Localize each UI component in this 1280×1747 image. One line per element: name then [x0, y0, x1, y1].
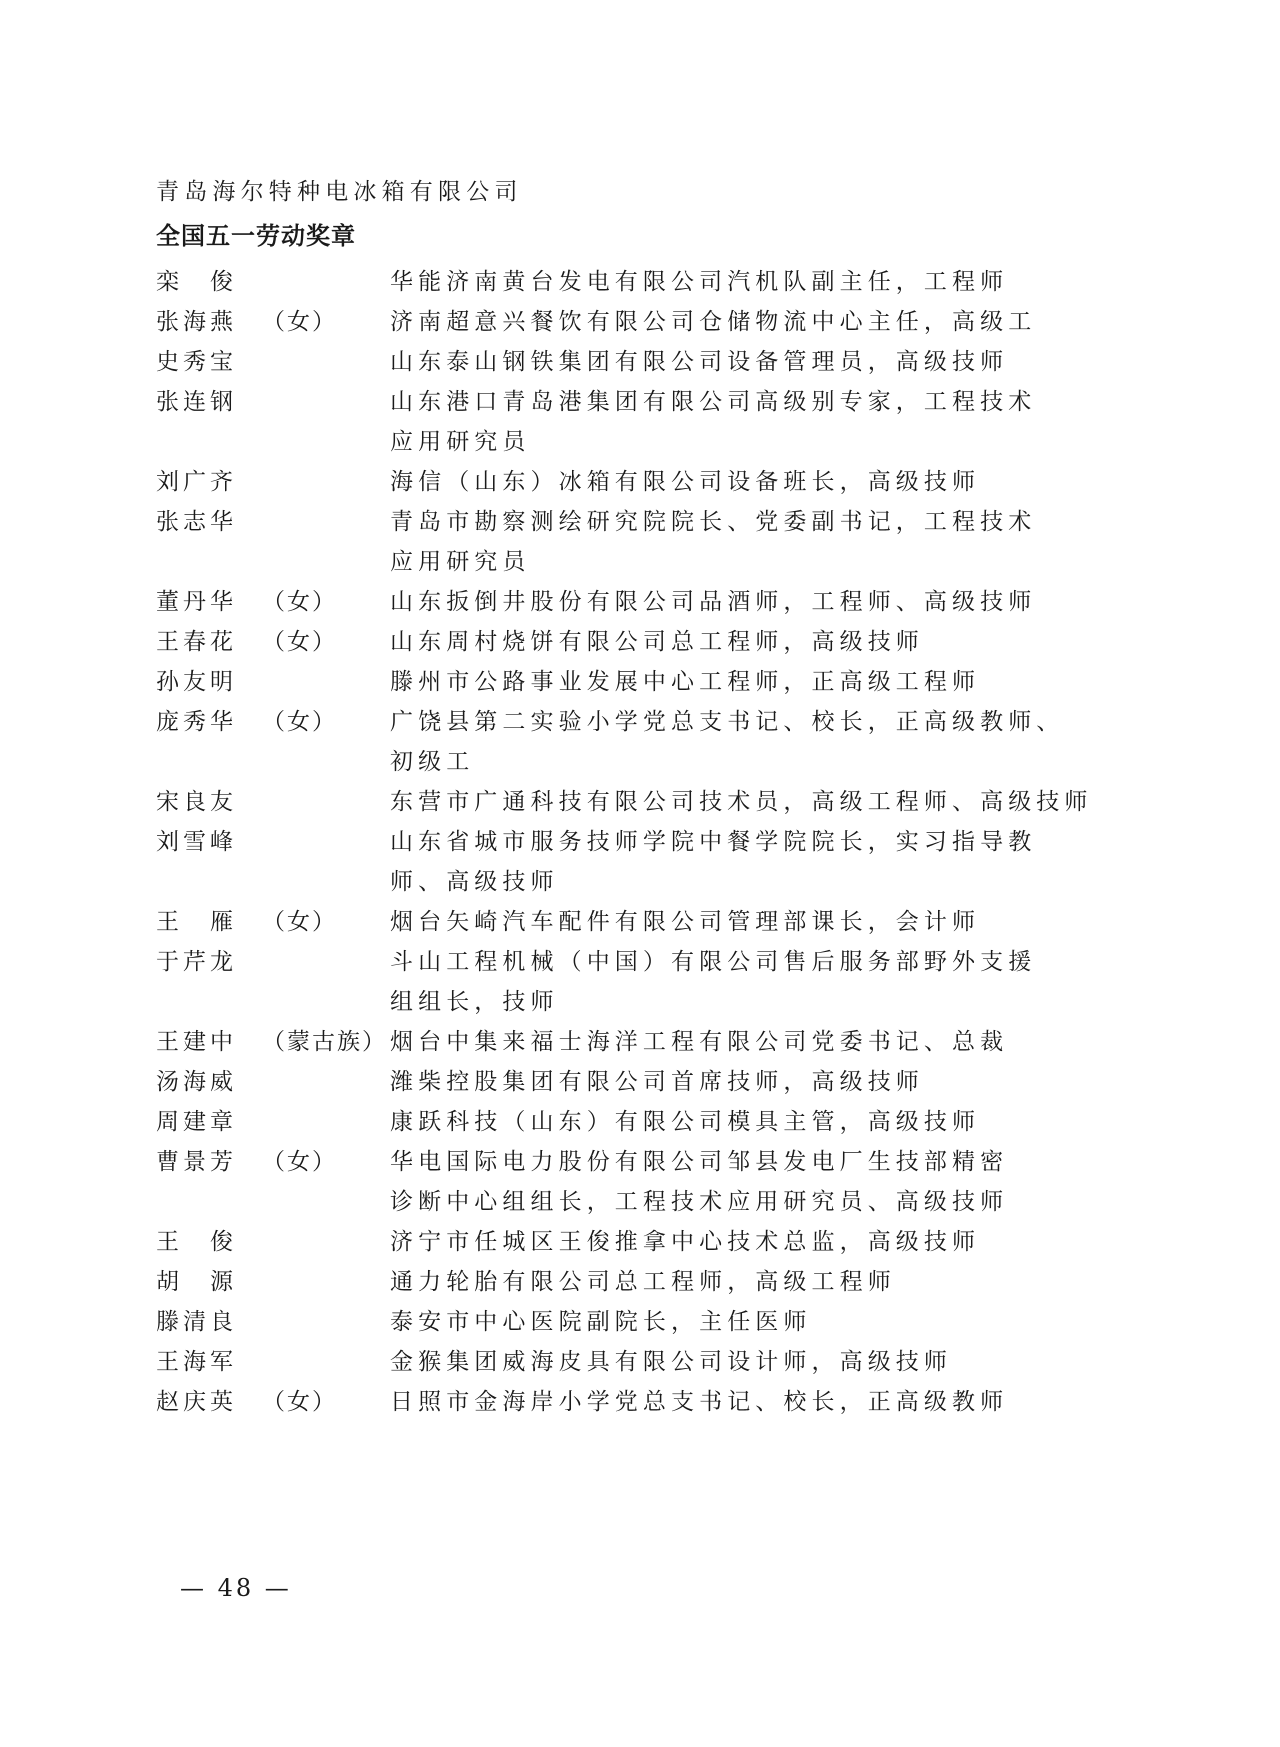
- description-line: 组组长，技师: [390, 982, 1002, 1022]
- honoree-name: 曹景芳: [156, 1142, 262, 1182]
- list-item: 宋良友东营市广通科技有限公司技术员，高级工程师、高级技师: [156, 782, 1116, 822]
- honoree-description: 东营市广通科技有限公司技术员，高级工程师、高级技师: [390, 782, 1002, 822]
- honoree-annotation: （女）: [262, 702, 390, 742]
- description-line: 济南超意兴餐饮有限公司仓储物流中心主任，高级工: [390, 302, 1002, 342]
- honoree-description: 通力轮胎有限公司总工程师，高级工程师: [390, 1262, 1002, 1302]
- description-line: 应用研究员: [390, 422, 1002, 462]
- list-item: 赵庆英（女）日照市金海岸小学党总支书记、校长，正高级教师: [156, 1382, 1116, 1422]
- honoree-name: 刘雪峰: [156, 822, 262, 862]
- description-line: 斗山工程机械（中国）有限公司售后服务部野外支援: [390, 942, 1002, 982]
- list-item: 王春花（女）山东周村烧饼有限公司总工程师，高级技师: [156, 622, 1116, 662]
- honoree-description: 日照市金海岸小学党总支书记、校长，正高级教师: [390, 1382, 1002, 1422]
- list-item: 张志华青岛市勘察测绘研究院院长、党委副书记，工程技术应用研究员: [156, 502, 1116, 582]
- section-title: 全国五一劳动奖章: [156, 221, 356, 251]
- honoree-name: 汤海威: [156, 1062, 262, 1102]
- description-line: 应用研究员: [390, 542, 1002, 582]
- description-line: 潍柴控股集团有限公司首席技师，高级技师: [390, 1062, 1002, 1102]
- list-item: 史秀宝山东泰山钢铁集团有限公司设备管理员，高级技师: [156, 342, 1116, 382]
- list-item: 曹景芳（女）华电国际电力股份有限公司邹县发电厂生技部精密诊断中心组组长，工程技术…: [156, 1142, 1116, 1222]
- honoree-description: 海信（山东）冰箱有限公司设备班长，高级技师: [390, 462, 1002, 502]
- description-line: 诊断中心组组长，工程技术应用研究员、高级技师: [390, 1182, 1002, 1222]
- honoree-name: 刘广齐: [156, 462, 262, 502]
- honoree-description: 山东周村烧饼有限公司总工程师，高级技师: [390, 622, 1002, 662]
- honoree-name: 于芹龙: [156, 942, 262, 982]
- list-item: 庞秀华（女）广饶县第二实验小学党总支书记、校长，正高级教师、初级工: [156, 702, 1116, 782]
- honoree-annotation: （女）: [262, 902, 390, 942]
- honoree-annotation: （女）: [262, 622, 390, 662]
- honoree-list: 栾 俊华能济南黄台发电有限公司汽机队副主任，工程师张海燕（女）济南超意兴餐饮有限…: [156, 262, 1116, 1422]
- honoree-name: 滕清良: [156, 1302, 262, 1342]
- honoree-description: 华电国际电力股份有限公司邹县发电厂生技部精密诊断中心组组长，工程技术应用研究员、…: [390, 1142, 1002, 1222]
- description-line: 泰安市中心医院副院长，主任医师: [390, 1302, 1002, 1342]
- honoree-name: 栾 俊: [156, 262, 262, 302]
- description-line: 济宁市任城区王俊推拿中心技术总监，高级技师: [390, 1222, 1002, 1262]
- list-item: 刘雪峰山东省城市服务技师学院中餐学院院长，实习指导教师、高级技师: [156, 822, 1116, 902]
- honoree-annotation: （女）: [262, 1382, 390, 1422]
- honoree-annotation: （蒙古族）: [262, 1022, 390, 1062]
- description-line: 通力轮胎有限公司总工程师，高级工程师: [390, 1262, 1002, 1302]
- list-item: 王 雁（女）烟台矢崎汽车配件有限公司管理部课长，会计师: [156, 902, 1116, 942]
- honoree-description: 康跃科技（山东）有限公司模具主管，高级技师: [390, 1102, 1002, 1142]
- honoree-name: 张志华: [156, 502, 262, 542]
- honoree-description: 滕州市公路事业发展中心工程师，正高级工程师: [390, 662, 1002, 702]
- description-line: 山东省城市服务技师学院中餐学院院长，实习指导教: [390, 822, 1002, 862]
- list-item: 栾 俊华能济南黄台发电有限公司汽机队副主任，工程师: [156, 262, 1116, 302]
- honoree-description: 山东泰山钢铁集团有限公司设备管理员，高级技师: [390, 342, 1002, 382]
- honoree-annotation: （女）: [262, 302, 390, 342]
- description-line: 烟台矢崎汽车配件有限公司管理部课长，会计师: [390, 902, 1002, 942]
- honoree-name: 王 俊: [156, 1222, 262, 1262]
- description-line: 山东扳倒井股份有限公司品酒师，工程师、高级技师: [390, 582, 1002, 622]
- description-line: 山东周村烧饼有限公司总工程师，高级技师: [390, 622, 1002, 662]
- page-number: — 48 —: [180, 1573, 292, 1603]
- list-item: 张海燕（女）济南超意兴餐饮有限公司仓储物流中心主任，高级工: [156, 302, 1116, 342]
- list-item: 张连钢山东港口青岛港集团有限公司高级别专家，工程技术应用研究员: [156, 382, 1116, 462]
- honoree-description: 金猴集团威海皮具有限公司设计师，高级技师: [390, 1342, 1002, 1382]
- list-item: 王海军金猴集团威海皮具有限公司设计师，高级技师: [156, 1342, 1116, 1382]
- description-line: 东营市广通科技有限公司技术员，高级工程师、高级技师: [390, 782, 1002, 822]
- honoree-name: 孙友明: [156, 662, 262, 702]
- honoree-description: 广饶县第二实验小学党总支书记、校长，正高级教师、初级工: [390, 702, 1002, 782]
- honoree-name: 张海燕: [156, 302, 262, 342]
- description-line: 华能济南黄台发电有限公司汽机队副主任，工程师: [390, 262, 1002, 302]
- list-item: 滕清良泰安市中心医院副院长，主任医师: [156, 1302, 1116, 1342]
- honoree-annotation: （女）: [262, 1142, 390, 1182]
- honoree-name: 王 雁: [156, 902, 262, 942]
- honoree-description: 山东扳倒井股份有限公司品酒师，工程师、高级技师: [390, 582, 1002, 622]
- description-line: 广饶县第二实验小学党总支书记、校长，正高级教师、: [390, 702, 1002, 742]
- list-item: 董丹华（女）山东扳倒井股份有限公司品酒师，工程师、高级技师: [156, 582, 1116, 622]
- description-line: 师、高级技师: [390, 862, 1002, 902]
- description-line: 日照市金海岸小学党总支书记、校长，正高级教师: [390, 1382, 1002, 1422]
- honoree-description: 青岛市勘察测绘研究院院长、党委副书记，工程技术应用研究员: [390, 502, 1002, 582]
- honoree-description: 山东省城市服务技师学院中餐学院院长，实习指导教师、高级技师: [390, 822, 1002, 902]
- description-line: 山东泰山钢铁集团有限公司设备管理员，高级技师: [390, 342, 1002, 382]
- description-line: 滕州市公路事业发展中心工程师，正高级工程师: [390, 662, 1002, 702]
- honoree-name: 周建章: [156, 1102, 262, 1142]
- list-item: 王 俊济宁市任城区王俊推拿中心技术总监，高级技师: [156, 1222, 1116, 1262]
- honoree-name: 董丹华: [156, 582, 262, 622]
- description-line: 海信（山东）冰箱有限公司设备班长，高级技师: [390, 462, 1002, 502]
- honoree-name: 王春花: [156, 622, 262, 662]
- description-line: 山东港口青岛港集团有限公司高级别专家，工程技术: [390, 382, 1002, 422]
- honoree-name: 王建中: [156, 1022, 262, 1062]
- honoree-description: 烟台矢崎汽车配件有限公司管理部课长，会计师: [390, 902, 1002, 942]
- honoree-description: 潍柴控股集团有限公司首席技师，高级技师: [390, 1062, 1002, 1102]
- honoree-name: 胡 源: [156, 1262, 262, 1302]
- list-item: 王建中（蒙古族）烟台中集来福士海洋工程有限公司党委书记、总裁: [156, 1022, 1116, 1062]
- list-item: 汤海威潍柴控股集团有限公司首席技师，高级技师: [156, 1062, 1116, 1102]
- honoree-name: 张连钢: [156, 382, 262, 422]
- document-page: 青岛海尔特种电冰箱有限公司 全国五一劳动奖章 栾 俊华能济南黄台发电有限公司汽机…: [0, 0, 1280, 1747]
- description-line: 金猴集团威海皮具有限公司设计师，高级技师: [390, 1342, 1002, 1382]
- honoree-description: 山东港口青岛港集团有限公司高级别专家，工程技术应用研究员: [390, 382, 1002, 462]
- list-item: 周建章康跃科技（山东）有限公司模具主管，高级技师: [156, 1102, 1116, 1142]
- honoree-description: 济宁市任城区王俊推拿中心技术总监，高级技师: [390, 1222, 1002, 1262]
- honoree-name: 史秀宝: [156, 342, 262, 382]
- list-item: 于芹龙斗山工程机械（中国）有限公司售后服务部野外支援组组长，技师: [156, 942, 1116, 1022]
- description-line: 烟台中集来福士海洋工程有限公司党委书记、总裁: [390, 1022, 1002, 1062]
- honoree-description: 泰安市中心医院副院长，主任医师: [390, 1302, 1002, 1342]
- honoree-name: 赵庆英: [156, 1382, 262, 1422]
- honoree-name: 庞秀华: [156, 702, 262, 742]
- honoree-description: 华能济南黄台发电有限公司汽机队副主任，工程师: [390, 262, 1002, 302]
- honoree-description: 烟台中集来福士海洋工程有限公司党委书记、总裁: [390, 1022, 1002, 1062]
- description-line: 康跃科技（山东）有限公司模具主管，高级技师: [390, 1102, 1002, 1142]
- honoree-name: 王海军: [156, 1342, 262, 1382]
- list-item: 刘广齐海信（山东）冰箱有限公司设备班长，高级技师: [156, 462, 1116, 502]
- organization-line: 青岛海尔特种电冰箱有限公司: [156, 177, 523, 207]
- honoree-description: 斗山工程机械（中国）有限公司售后服务部野外支援组组长，技师: [390, 942, 1002, 1022]
- description-line: 初级工: [390, 742, 1002, 782]
- honoree-name: 宋良友: [156, 782, 262, 822]
- description-line: 华电国际电力股份有限公司邹县发电厂生技部精密: [390, 1142, 1002, 1182]
- honoree-annotation: （女）: [262, 582, 390, 622]
- honoree-description: 济南超意兴餐饮有限公司仓储物流中心主任，高级工: [390, 302, 1002, 342]
- description-line: 青岛市勘察测绘研究院院长、党委副书记，工程技术: [390, 502, 1002, 542]
- list-item: 孙友明滕州市公路事业发展中心工程师，正高级工程师: [156, 662, 1116, 702]
- list-item: 胡 源通力轮胎有限公司总工程师，高级工程师: [156, 1262, 1116, 1302]
